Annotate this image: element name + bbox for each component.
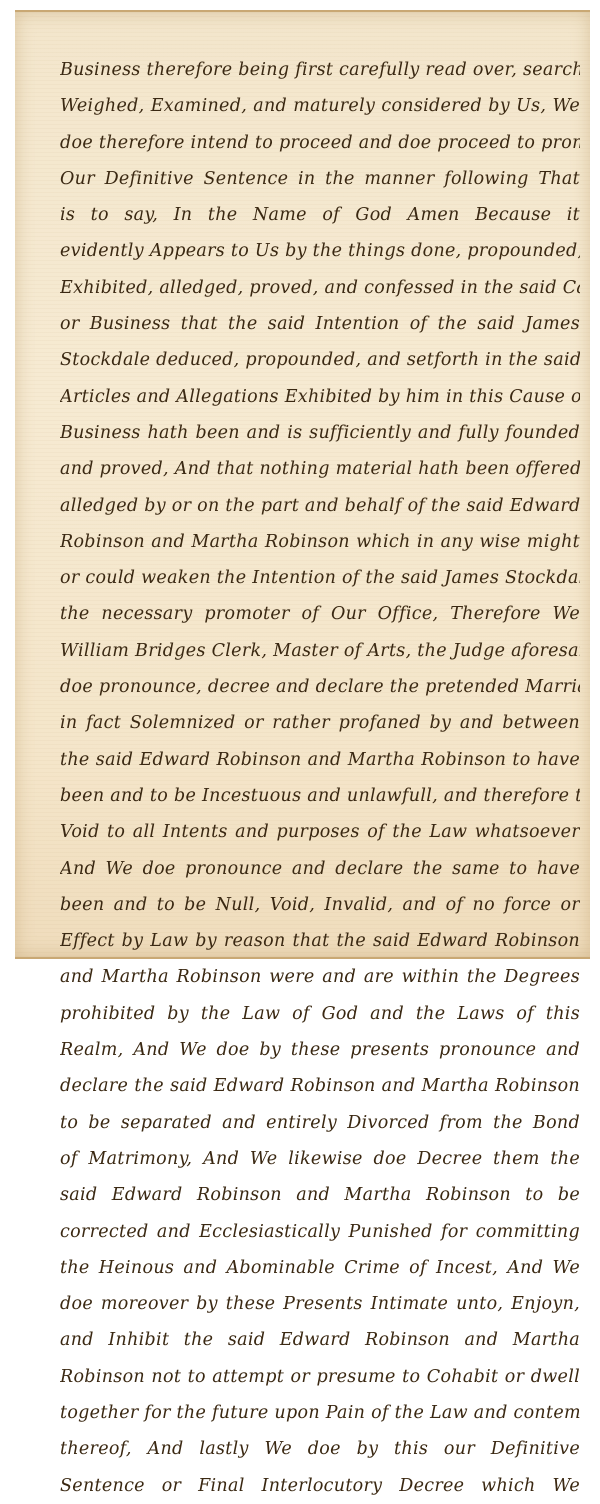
text-line: Stockdale deduced, propounded, and setfo…	[60, 342, 580, 378]
text-line: or could weaken the Intention of the sai…	[60, 560, 580, 596]
text-line: evidently Appears to Us by the things do…	[60, 233, 580, 269]
manuscript-text: Business therefore being first carefully…	[60, 52, 580, 967]
text-line: doe pronounce, decree and declare the pr…	[60, 669, 580, 705]
text-line: the said Edward Robinson and Martha Robi…	[60, 742, 580, 778]
text-line: been and to be Incestuous and unlawfull,…	[60, 778, 580, 814]
manuscript-page: Business therefore being first carefully…	[15, 10, 590, 959]
text-line: doe therefore intend to proceed and doe …	[60, 125, 580, 161]
text-line: and Martha Robinson were and are within …	[60, 959, 580, 967]
text-line: Business therefore being first carefully…	[60, 52, 580, 88]
text-line: William Bridges Clerk, Master of Arts, t…	[60, 633, 580, 669]
text-line: Business hath been and is sufficiently a…	[60, 415, 580, 451]
text-line: Effect by Law by reason that the said Ed…	[60, 923, 580, 959]
text-line: been and to be Null, Void, Invalid, and …	[60, 887, 580, 923]
text-line: in fact Solemnized or rather profaned by…	[60, 705, 580, 741]
text-line: And We doe pronounce and declare the sam…	[60, 851, 580, 887]
text-line: the necessary promoter of Our Office, Th…	[60, 596, 580, 632]
text-line: Articles and Allegations Exhibited by hi…	[60, 379, 580, 415]
text-line: alledged by or on the part and behalf of…	[60, 488, 580, 524]
text-line: Exhibited, alledged, proved, and confess…	[60, 270, 580, 306]
text-line: Weighed, Examined, and maturely consider…	[60, 88, 580, 124]
text-line: and proved, And that nothing material ha…	[60, 451, 580, 487]
text-line: Robinson and Martha Robinson which in an…	[60, 524, 580, 560]
text-line: or Business that the said Intention of t…	[60, 306, 580, 342]
text-line: is to say, In the Name of God Amen Becau…	[60, 197, 580, 233]
text-line: Our Definitive Sentence in the manner fo…	[60, 161, 580, 197]
text-line: Void to all Intents and purposes of the …	[60, 814, 580, 850]
